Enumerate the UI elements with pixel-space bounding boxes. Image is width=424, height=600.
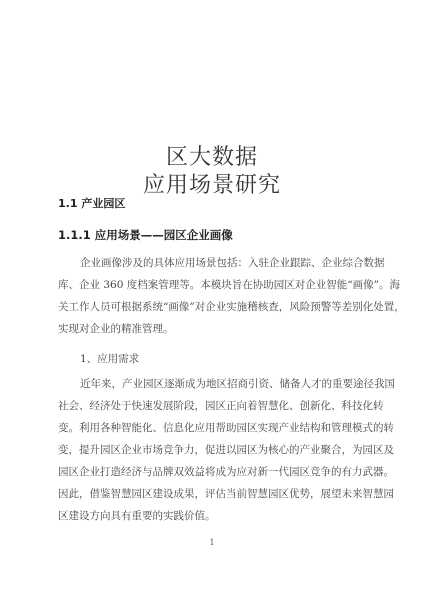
doc-title-line1: 区大数据 [0,140,424,171]
paragraph-application-needs: 近年来，产业园区逐渐成为地区招商引资、储备人才的重要途径我国 社会、经济处于快速… [58,373,376,527]
document-page: 区大数据 应用场景研究 1.1 产业园区 1.1.1 应用场景——园区企业画像 … [0,0,424,600]
paragraph-line: 变，提升园区企业市场竞争力，促进以园区为核心的产业聚合，为园区及 [58,439,376,461]
paragraph-line: 库、企业 360 度档案管理等。本模块旨在协助园区对企业智能“画像”。海 [58,274,376,296]
paragraph-line: 近年来，产业园区逐渐成为地区招商引资、储备人才的重要途径我国 [58,373,376,395]
page-number: 1 [0,538,424,547]
paragraph-line: 关工作人员可根据系统“画像”对企业实施稽核查，风险预警等差别化处置， [58,296,376,318]
subsection-heading: 1.1.1 应用场景——园区企业画像 [58,227,233,243]
paragraph-line: 实现对企业的精准管理。 [58,318,376,340]
paragraph-line: 园区企业打造经济与品牌双效益将成为应对新一代园区竞争的有力武器。 [58,461,376,483]
paragraph-line: 企业画像涉及的具体应用场景包括：入驻企业跟踪、企业综合数据 [58,252,376,274]
paragraph-line: 因此，借鉴智慧园区建设成果，评估当前智慧园区优势，展望未来智慧园 [58,483,376,505]
paragraph-line: 变。利用各种智能化、信息化应用帮助园区实现产业结构和管理模式的转 [58,417,376,439]
paragraph-line: 区建设方向具有重要的实践价值。 [58,505,376,527]
paragraph-line: 社会、经济处于快速发展阶段，园区正向着智慧化、创新化、科技化转 [58,395,376,417]
paragraph-enterprise-profile: 企业画像涉及的具体应用场景包括：入驻企业跟踪、企业综合数据 库、企业 360 度… [58,252,376,340]
section-heading: 1.1 产业园区 [58,195,125,211]
subheading-application-needs: 1、应用需求 [80,351,139,366]
